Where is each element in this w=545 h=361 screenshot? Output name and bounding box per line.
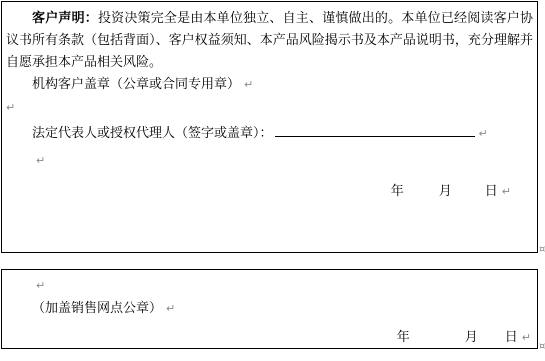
- paragraph-mark-icon: ↵: [6, 101, 15, 114]
- date-year-label: 年: [397, 329, 410, 344]
- paragraph-mark-icon: ↵: [522, 331, 531, 344]
- date-row: 年月日↵: [6, 180, 533, 203]
- date-year-label: 年: [391, 183, 404, 198]
- declaration-paragraph: 客户声明：投资决策完全是由本单位独立、自主、谨慎做出的。本单位已经阅读客户协议书…: [6, 7, 533, 73]
- table-row-end-icon: ¤: [539, 245, 545, 255]
- paragraph-mark-icon: ↵: [479, 127, 488, 140]
- outlet-seal-label: （加盖销售网点公章）: [32, 300, 162, 315]
- paragraph-mark-icon: ↵: [244, 78, 253, 91]
- paragraph-mark-icon: ↵: [502, 185, 511, 198]
- date-month-label: 月: [465, 329, 478, 344]
- empty-row-indented: ↵: [6, 149, 533, 172]
- date-row: 年月日↵: [6, 326, 533, 349]
- date-day-label: 日: [485, 183, 498, 198]
- outlet-seal-box: ↵ （加盖销售网点公章）↵ 年月日↵: [1, 269, 538, 349]
- org-seal-row: 机构客户盖章（公章或合同专用章）↵: [6, 73, 533, 96]
- table-row-end-icon: ¤: [539, 342, 545, 352]
- customer-declaration-box: 客户声明：投资决策完全是由本单位独立、自主、谨慎做出的。本单位已经阅读客户协议书…: [1, 1, 538, 253]
- paragraph-mark-icon: ↵: [36, 279, 45, 292]
- date-day-label: 日: [505, 329, 518, 344]
- legal-rep-label: 法定代表人或授权代理人（签字或盖章）：: [32, 125, 273, 140]
- document-page: 客户声明：投资决策完全是由本单位独立、自主、谨慎做出的。本单位已经阅读客户协议书…: [0, 0, 545, 361]
- paragraph-mark-icon: ↵: [36, 154, 45, 167]
- org-seal-label: 机构客户盖章（公章或合同专用章）: [32, 76, 240, 91]
- outlet-seal-row: （加盖销售网点公章）↵: [6, 297, 533, 320]
- legal-rep-row: 法定代表人或授权代理人（签字或盖章）：↵: [6, 122, 533, 145]
- date-month-label: 月: [439, 183, 452, 198]
- paragraph-mark-icon: ↵: [166, 302, 175, 315]
- empty-row-indented: ↵: [6, 274, 533, 297]
- signature-line[interactable]: [275, 123, 475, 137]
- declaration-label: 客户声明：: [32, 10, 98, 25]
- empty-row: ↵: [6, 96, 533, 119]
